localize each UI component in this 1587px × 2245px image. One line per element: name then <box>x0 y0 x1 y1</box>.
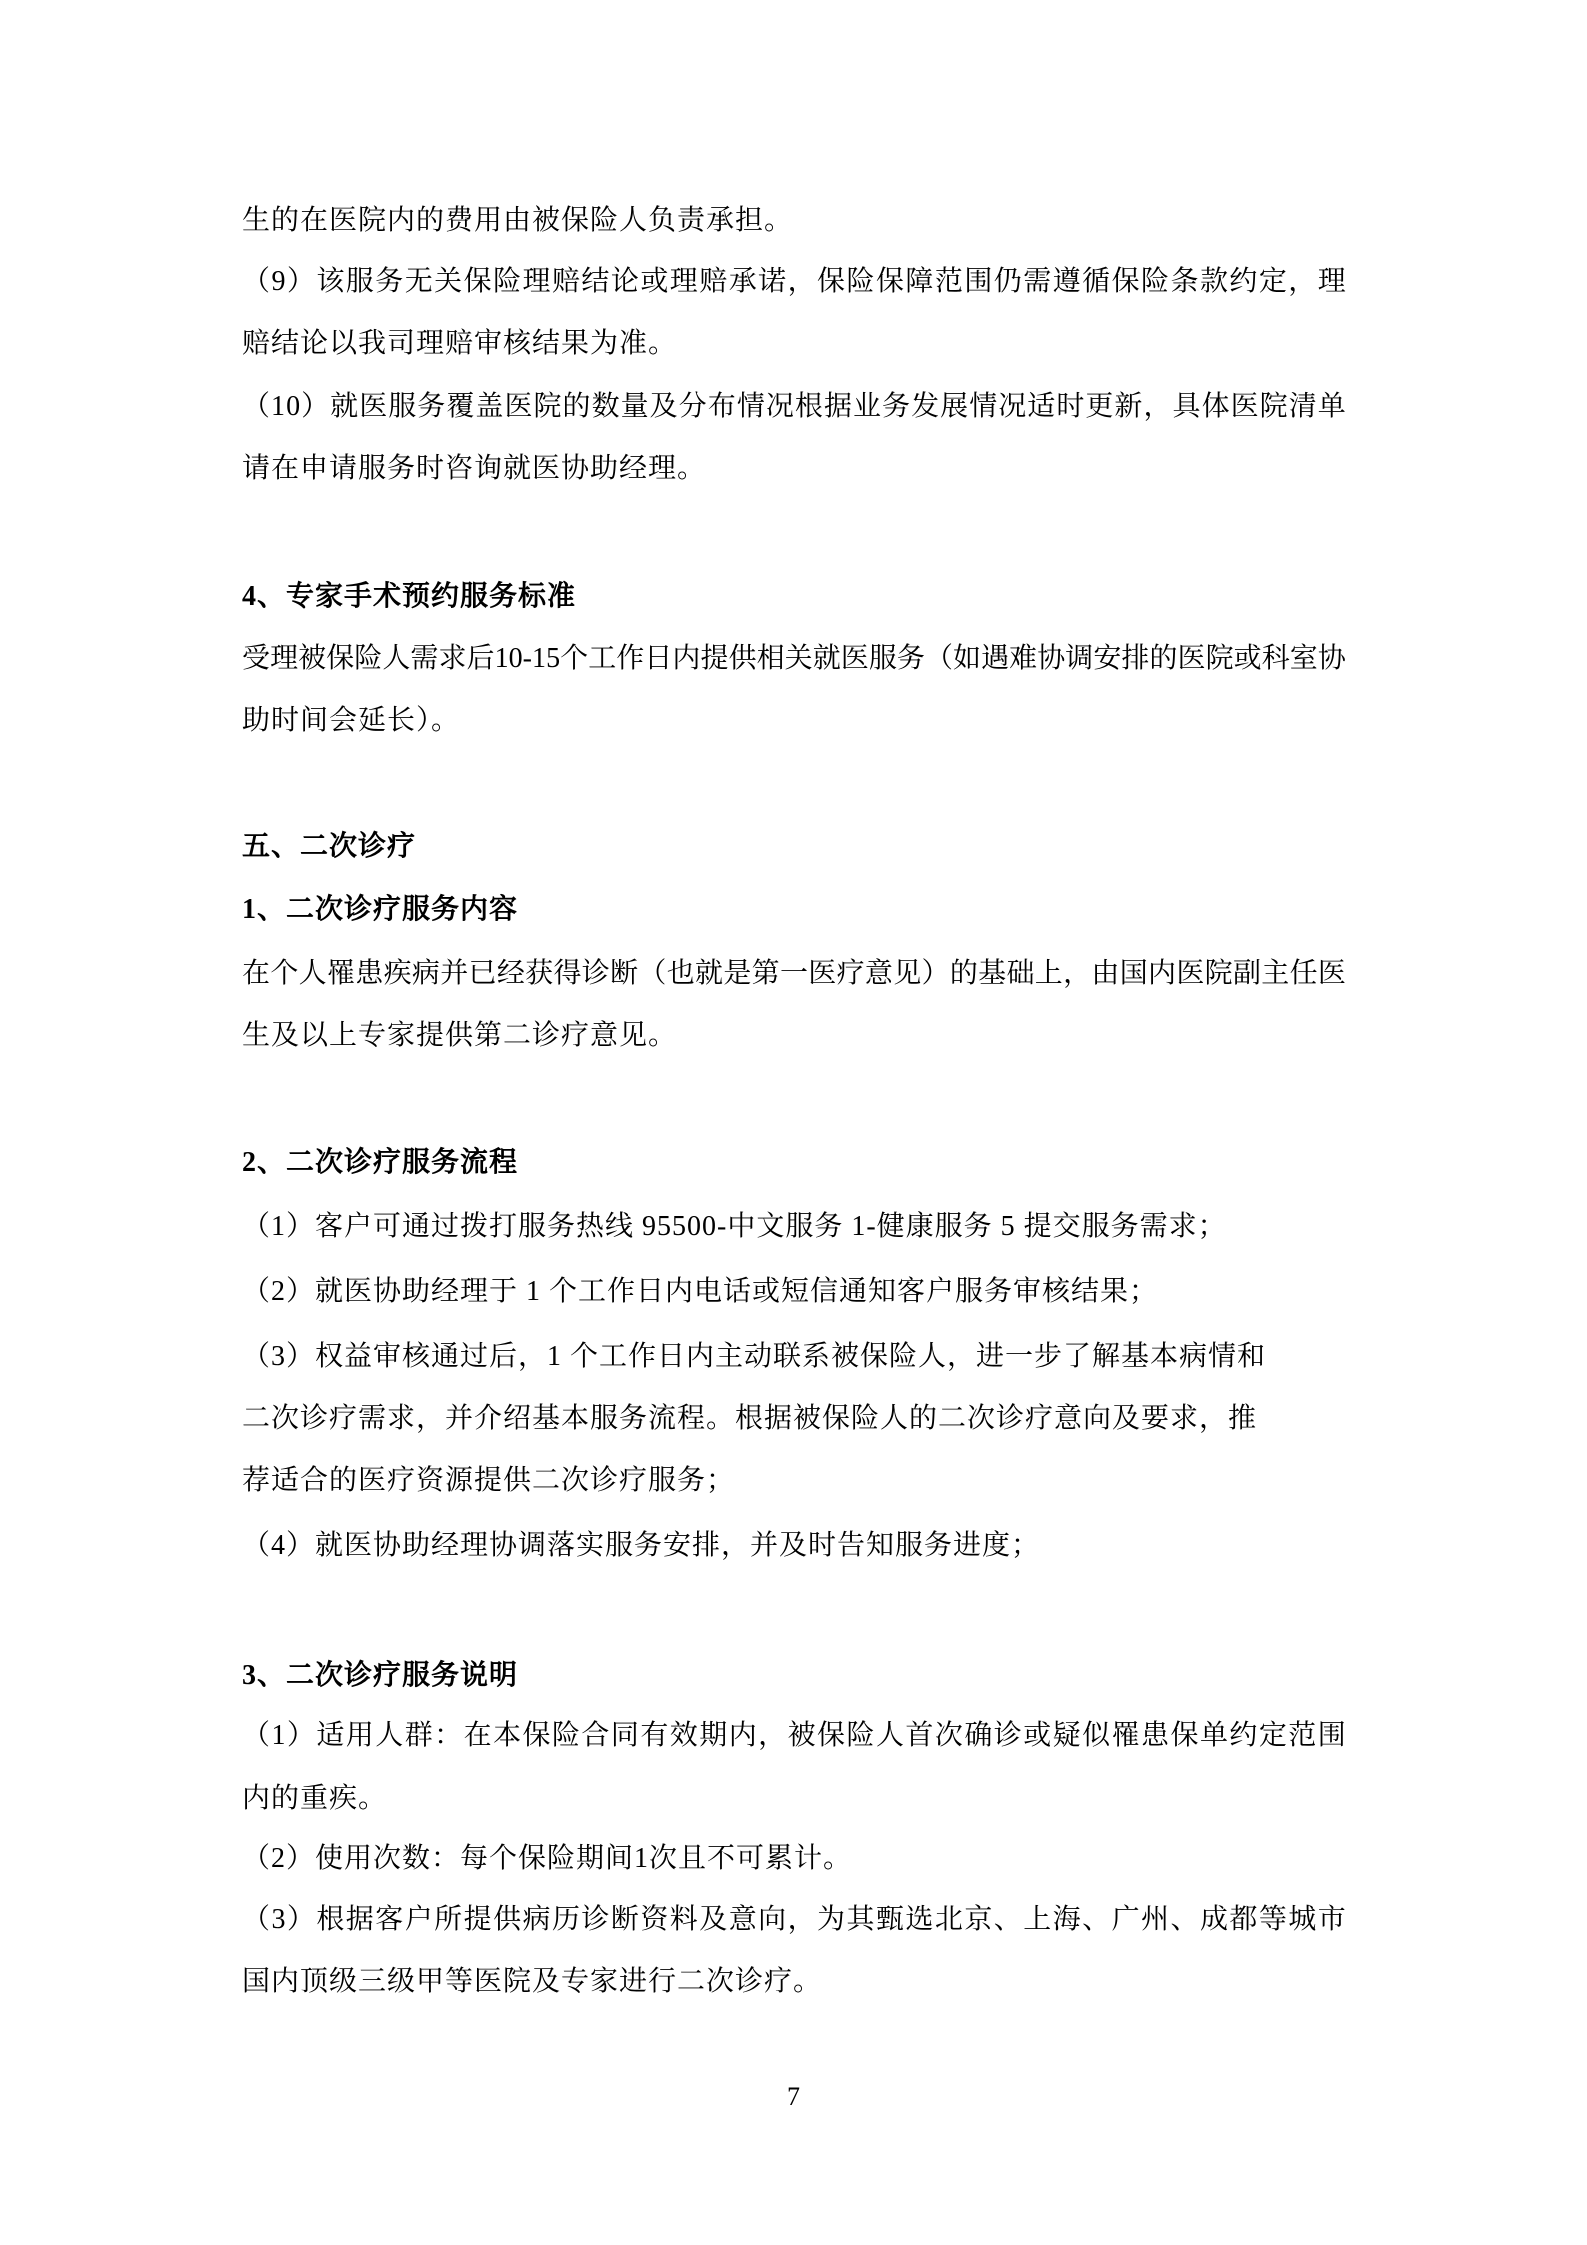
body-line: （3）根据客户所提供病历诊断资料及意向，为其甄选北京、上海、广州、成都等城市 <box>242 1902 1346 1938</box>
body-line: 国内顶级三级甲等医院及专家进行二次诊疗。 <box>242 1964 1346 2000</box>
body-line: 荐适合的医疗资源提供二次诊疗服务； <box>242 1463 1346 1499</box>
body-line: （1）客户可通过拨打服务热线 95500-中文服务 1-健康服务 5 提交服务需… <box>242 1209 1346 1245</box>
body-line: 二次诊疗需求，并介绍基本服务流程。根据被保险人的二次诊疗意向及要求，推 <box>242 1401 1346 1437</box>
section-heading: 4、专家手术预约服务标准 <box>242 579 1346 615</box>
page-number: 7 <box>0 2082 1587 2112</box>
chapter-heading: 五、二次诊疗 <box>242 829 1346 865</box>
body-line: 受理被保险人需求后10-15个工作日内提供相关就医服务（如遇难协调安排的医院或科… <box>242 641 1346 677</box>
body-line: 生的在医院内的费用由被保险人负责承担。 <box>242 203 1346 239</box>
section-heading: 1、二次诊疗服务内容 <box>242 892 1346 928</box>
body-line: （10）就医服务覆盖医院的数量及分布情况根据业务发展情况适时更新，具体医院清单 <box>242 389 1346 425</box>
body-line: 助时间会延长）。 <box>242 703 1346 739</box>
document-page: 生的在医院内的费用由被保险人负责承担。 （9）该服务无关保险理赔结论或理赔承诺，… <box>0 0 1587 2245</box>
body-line: 赔结论以我司理赔审核结果为准。 <box>242 326 1346 362</box>
section-heading: 3、二次诊疗服务说明 <box>242 1658 1346 1694</box>
body-line: （3）权益审核通过后，1 个工作日内主动联系被保险人，进一步了解基本病情和 <box>242 1339 1346 1375</box>
section-heading: 2、二次诊疗服务流程 <box>242 1145 1346 1181</box>
body-line: （4）就医协助经理协调落实服务安排，并及时告知服务进度； <box>242 1528 1346 1564</box>
body-line: （9）该服务无关保险理赔结论或理赔承诺，保险保障范围仍需遵循保险条款约定，理 <box>242 264 1346 300</box>
body-line: 请在申请服务时咨询就医协助经理。 <box>242 451 1346 487</box>
body-line: 生及以上专家提供第二诊疗意见。 <box>242 1018 1346 1054</box>
body-line: （1）适用人群：在本保险合同有效期内，被保险人首次确诊或疑似罹患保单约定范围 <box>242 1718 1346 1754</box>
body-line: （2）就医协助经理于 1 个工作日内电话或短信通知客户服务审核结果； <box>242 1274 1346 1310</box>
body-line: 在个人罹患疾病并已经获得诊断（也就是第一医疗意见）的基础上，由国内医院副主任医 <box>242 956 1346 992</box>
body-line: （2）使用次数：每个保险期间1次且不可累计。 <box>242 1841 1346 1877</box>
body-line: 内的重疾。 <box>242 1781 1346 1817</box>
